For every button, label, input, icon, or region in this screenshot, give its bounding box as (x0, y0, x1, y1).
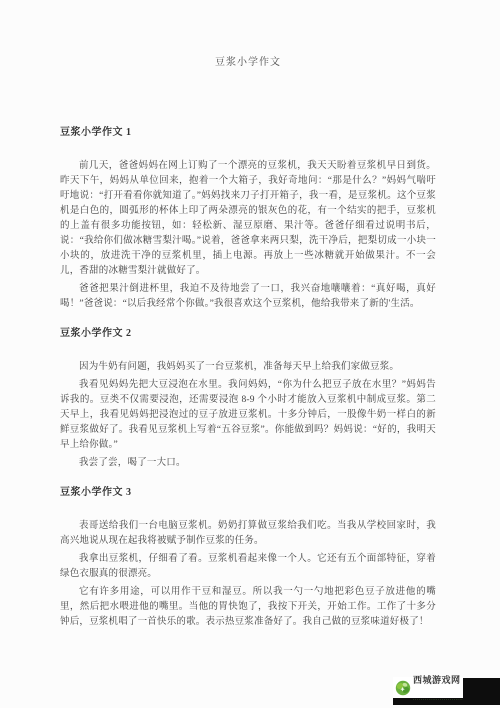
paragraph: 前几天，爸爸妈妈在网上订购了一个漂亮的豆浆机，我天天盼着豆浆机早日到货。昨天下午… (60, 159, 436, 279)
essay-section-2: 豆浆小学作文 2 因为牛奶有问题，我妈妈买了一台豆浆机，准备每天早上给我们家做豆… (60, 326, 436, 471)
page-title: 豆浆小学作文 (60, 56, 436, 70)
paragraph: 我拿出豆浆机，仔细看了看。豆浆机看起来像一个人。它还有五个面部特征，穿着绿色衣服… (60, 552, 436, 582)
section-heading: 豆浆小学作文 3 (60, 485, 436, 500)
leaf-sprout-icon (395, 680, 411, 696)
essay-section-3: 豆浆小学作文 3 表哥送给我们一台电脑豆浆机。奶奶打算做豆浆给我们吃。当我从学校… (60, 485, 436, 630)
site-name: 西城游戏网 (413, 675, 461, 685)
paragraph: 它有许多用途，可以用作干豆和湿豆。所以我一勺一勺地把彩色豆子放进他的嘴里，然后把… (60, 585, 436, 630)
paragraph: 表哥送给我们一台电脑豆浆机。奶奶打算做豆浆给我们吃。当我从学校回家时，我高兴地说… (60, 519, 436, 549)
paragraph: 我尝了尝，喝了一大口。 (60, 456, 436, 471)
section-heading: 豆浆小学作文 1 (60, 125, 436, 140)
site-tagline: ······························· (413, 697, 463, 702)
document-page: 豆浆小学作文 豆浆小学作文 1 前几天，爸爸妈妈在网上订购了一个漂亮的豆浆机，我… (0, 0, 500, 708)
site-logo-watermark: 西城游戏网 ······························· (393, 677, 463, 698)
essay-section-1: 豆浆小学作文 1 前几天，爸爸妈妈在网上订购了一个漂亮的豆浆机，我天天盼着豆浆机… (60, 125, 436, 312)
section-heading: 豆浆小学作文 2 (60, 326, 436, 341)
paragraph: 我看见妈妈先把大豆浸泡在水里。我问妈妈，“你为什么把豆子放在水里？”妈妈告诉我的… (60, 378, 436, 453)
paragraph: 爸爸把果汁倒进杯里，我迫不及待地尝了一口，我兴奋地嚷嚷着：“真好喝，真好喝！”爸… (60, 282, 436, 312)
paragraph: 因为牛奶有问题，我妈妈买了一台豆浆机，准备每天早上给我们家做豆浆。 (60, 360, 436, 375)
